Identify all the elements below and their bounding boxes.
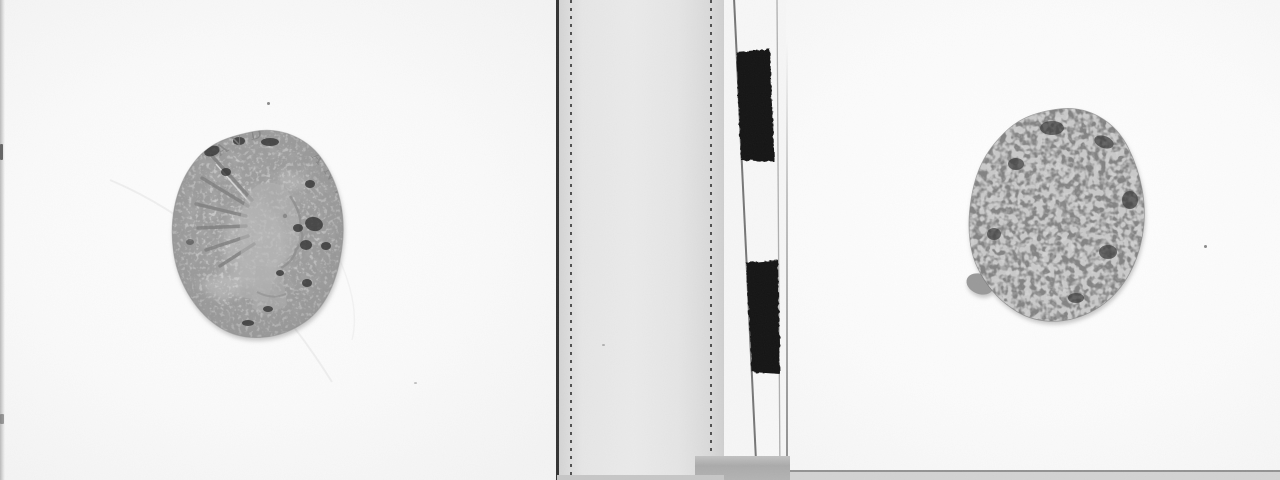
obverse-coin: AVD ANVS AVG (160, 124, 352, 346)
right-card-edge (786, 40, 788, 471)
spine-stitch-left (570, 0, 572, 480)
photograph: AVD ANVS AVG (0, 0, 1280, 480)
scale-segment (736, 49, 774, 162)
dust-speck (1204, 245, 1207, 248)
reverse-coin (956, 102, 1160, 328)
dust-speck (267, 102, 270, 105)
dust-speck (414, 382, 417, 384)
photo-scale-strip (700, 0, 810, 480)
right-card-bottom-shadow (786, 470, 1280, 480)
dust-speck (602, 344, 605, 346)
spine-foot-shadow (557, 475, 724, 480)
